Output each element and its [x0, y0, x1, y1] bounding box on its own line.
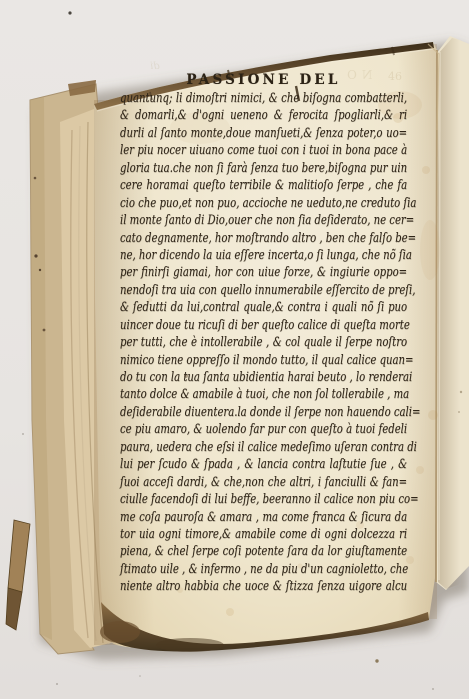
text-line: deſiderabile diuentera.la donde il ſerpe… — [120, 404, 407, 421]
text-line: per finirſi giamai, hor con uiue forze, … — [120, 264, 407, 281]
text-line: niente altro habbia che uoce & ſtizza ſe… — [120, 578, 407, 595]
text-line: ce piu amaro, & uolendo far pur con queſ… — [120, 421, 407, 438]
text-line: il monte ſanto di Dio,ouer che non ſia d… — [120, 212, 407, 229]
text-line: do tu con la tua ſanta ubidientia harai … — [120, 369, 407, 386]
text-line: me coſa pauroſa & amara , ma come franca… — [120, 509, 407, 526]
text-line: ler piu nocer uiuano come tuoi con i tuo… — [120, 142, 407, 159]
text-line: ciulle facendoſi di lui beffe, beeranno … — [120, 491, 407, 508]
text-line: cato degnamente, hor moſtrando altro , b… — [120, 230, 407, 247]
text-block: quantunq; li dimoſtri nimici, & che biſo… — [120, 90, 407, 596]
right-leaf — [436, 36, 469, 590]
text-line: ne, hor dicendo la uia eſſere incerta,o … — [120, 247, 407, 264]
text-line: quantunq; li dimoſtri nimici, & che biſo… — [120, 90, 407, 107]
text-line: per tutti, che è intollerabile , & col q… — [120, 334, 407, 351]
text-line: durli al ſanto monte,doue manſueti,& ſen… — [120, 125, 407, 142]
running-header: PASSIONE DEL — [120, 72, 407, 88]
text-line: nendoſi tra uia con quello innumerabile … — [120, 282, 407, 299]
text-line: paura, uedera che eſsi il calice medeſim… — [120, 439, 407, 456]
book-photograph: di NO 46 PASSIONE DEL quantunq; li dimoſ… — [0, 0, 469, 699]
text-line: piena, & chel ſerpe coſi potente ſara da… — [120, 543, 407, 560]
text-line: & ſedutti da lui,contral quale,& contra … — [120, 299, 407, 316]
text-line: cio che puo,et non puo, accioche ne uedu… — [120, 195, 407, 212]
text-line: gloria tua.che non ſi farà ſenza tuo ber… — [120, 160, 407, 177]
text-line: & domarli,& d'ogni ueneno & ferocita ſpo… — [120, 107, 407, 124]
text-line: ſuoi acceſi dardi, & che,non che altri, … — [120, 474, 407, 491]
text-line: nimico tiene oppreſſo il mondo tutto, il… — [120, 352, 407, 369]
text-line: tanto dolce & amabile à tuoi, che non ſo… — [120, 386, 407, 403]
text-line: tor uia ogni timore,& amabile come di og… — [120, 526, 407, 543]
text-line: ſtimato uile , & infermo , ne da piu d'u… — [120, 561, 407, 578]
text-line: uincer doue tu ricuſi di ber queſto cali… — [120, 317, 407, 334]
text-line: cere horamai queſto terribile & malitioſ… — [120, 177, 407, 194]
text-line: lui per ſcudo & ſpada , & lancia contra … — [120, 456, 407, 473]
